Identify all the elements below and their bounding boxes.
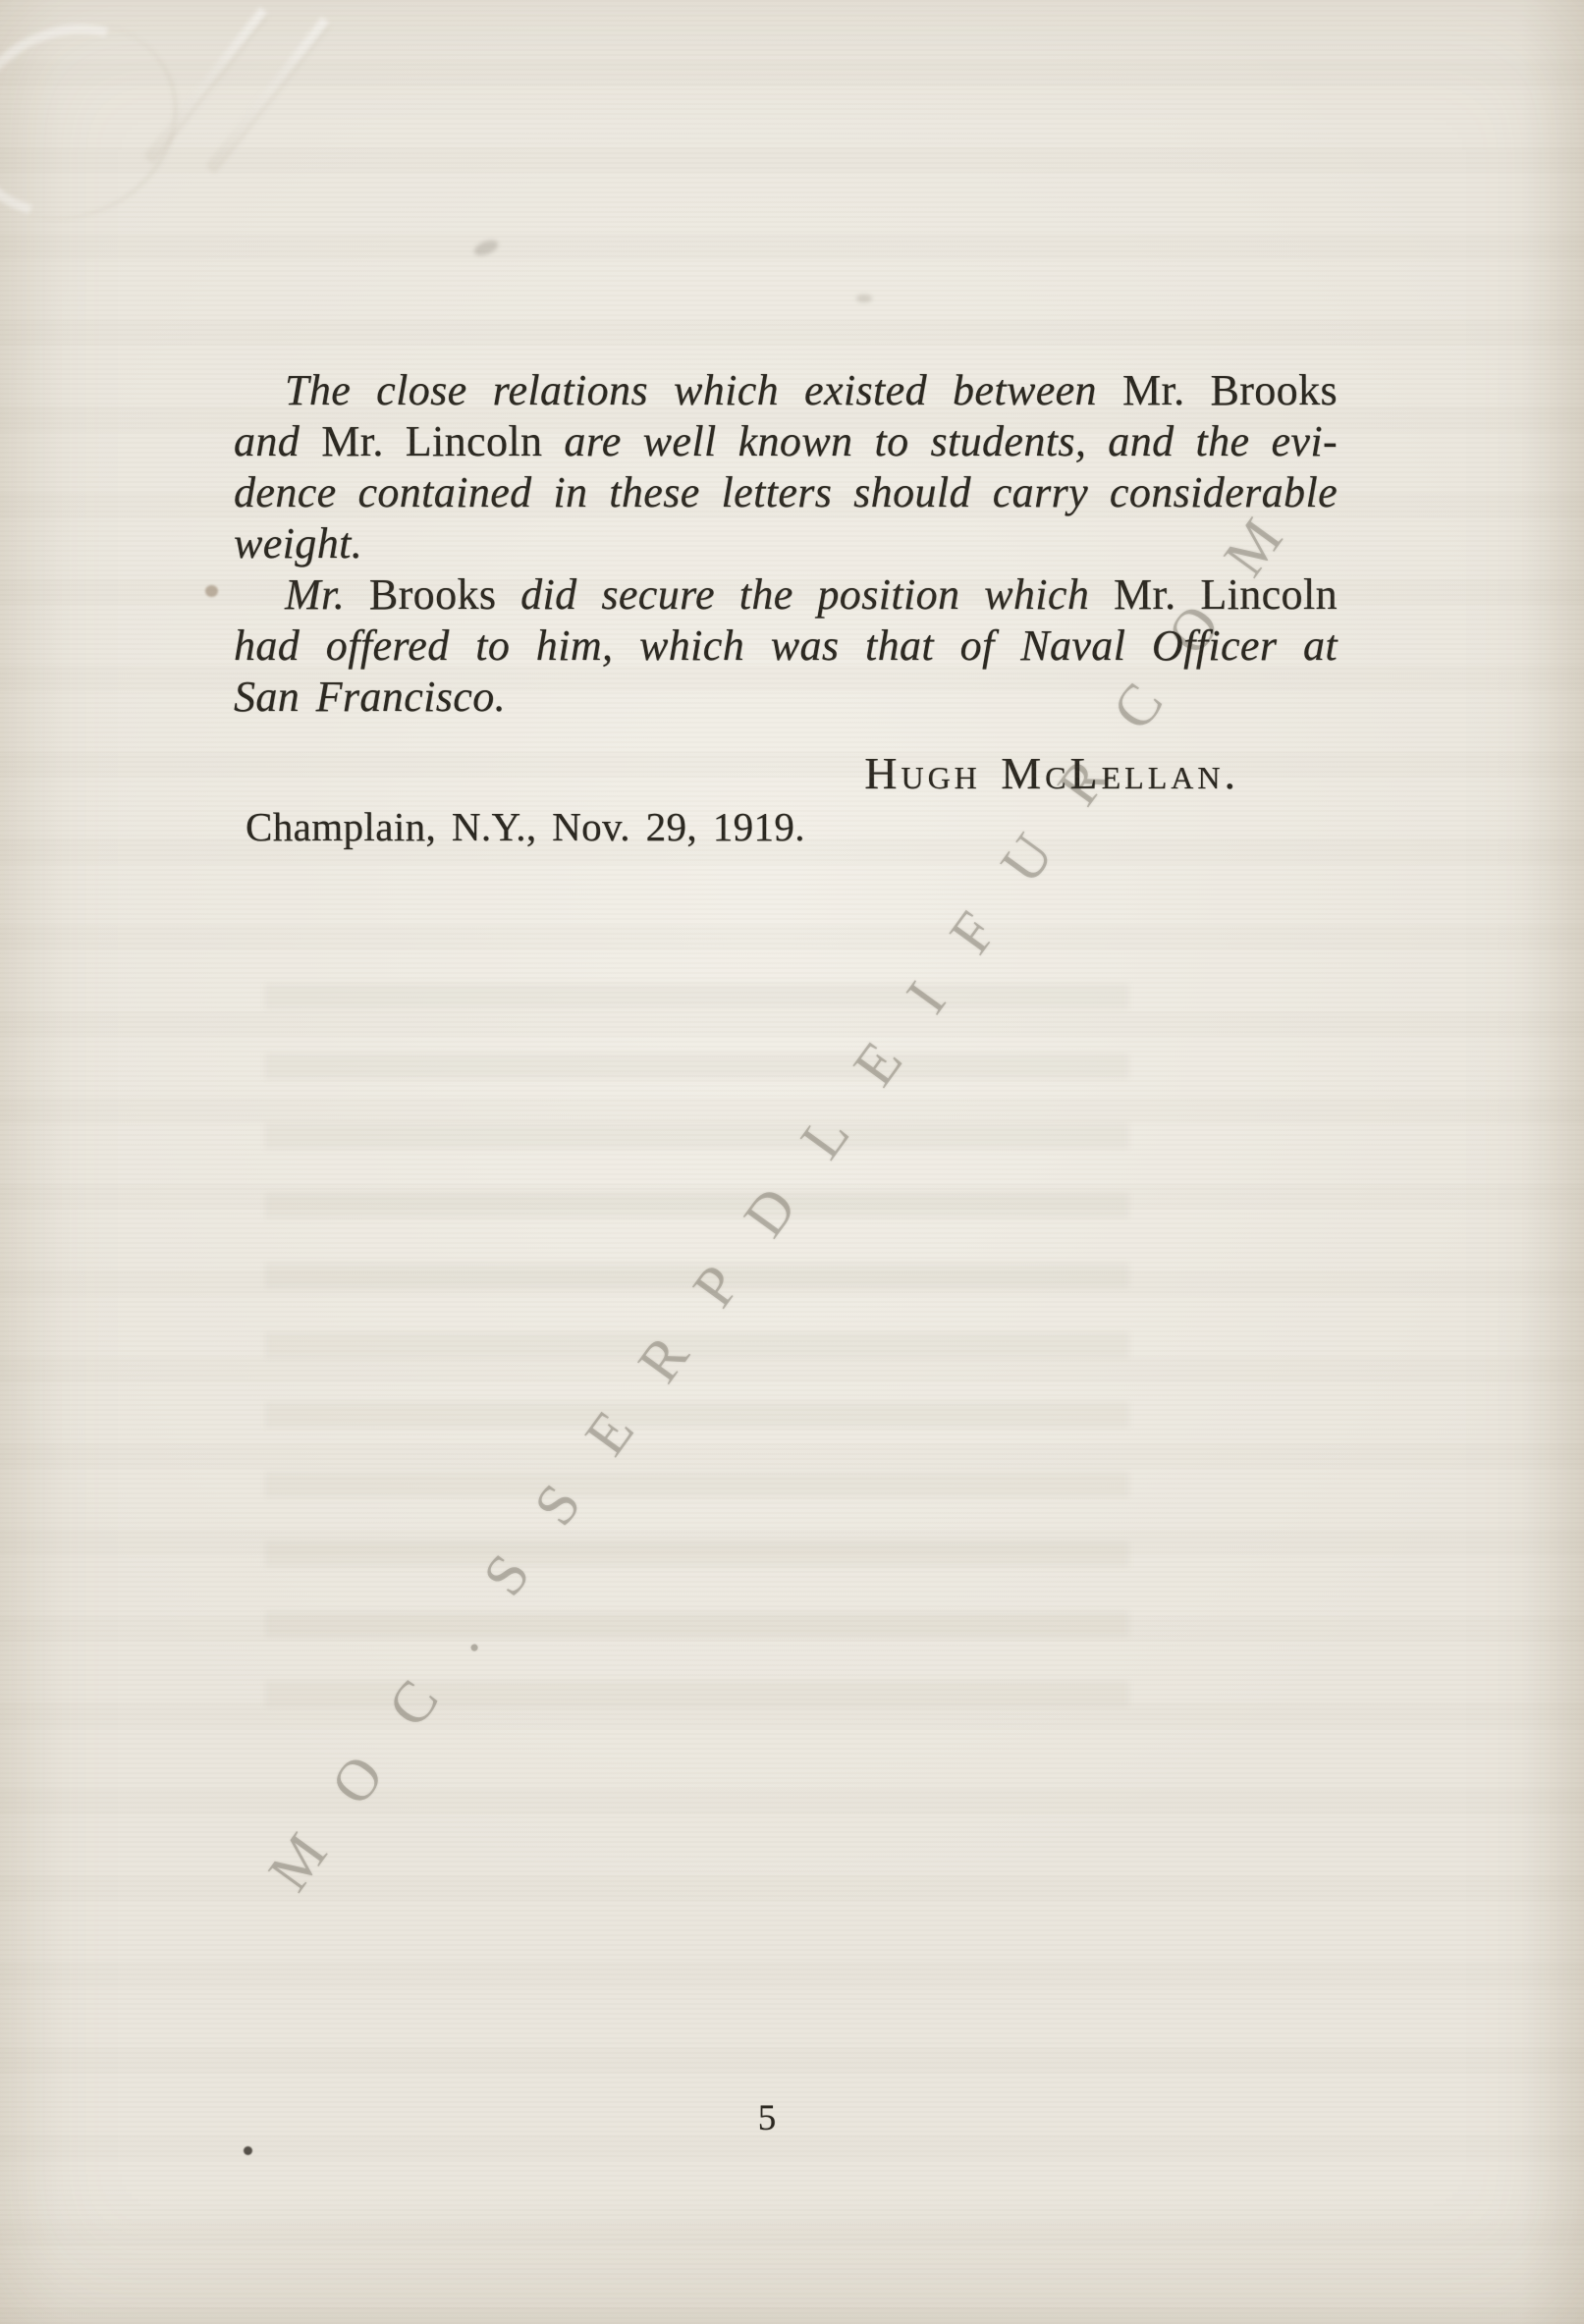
paper-speck [472, 238, 501, 259]
text-line: Mr. Brooks did secure the position which… [234, 569, 1338, 621]
text-segment: Mr. Lincoln [321, 417, 542, 465]
paper-speck [205, 585, 218, 597]
text-segment: at [1277, 622, 1338, 670]
text-line: San Francisco. [234, 672, 1338, 723]
text-line: had offered to him, which was that of Na… [234, 621, 1338, 672]
text-segment: had offered to him, which was that of [234, 622, 1020, 670]
text-segment: San Francisco. [234, 673, 506, 721]
text-line: and Mr. Lincoln are well known to studen… [234, 416, 1338, 467]
scanned-page: MOC.SSERPDLEIFURCOM The close relations … [0, 0, 1584, 2324]
text-segment: Brooks [345, 570, 496, 619]
emboss-mark [0, 0, 208, 254]
text-segment: dence contained in these letters should … [234, 468, 1338, 516]
text-segment: The close relations which existed betwee… [285, 366, 1122, 414]
dateline: Champlain, N.Y., Nov. 29, 1919. [234, 799, 1338, 855]
signature: Hugh McLellan. [234, 748, 1338, 799]
text-line: weight. [234, 518, 1338, 569]
paper-speck [856, 295, 872, 302]
text-segment: weight. [234, 519, 362, 567]
text-segment: did secure the position which [496, 570, 1114, 619]
text-line: dence contained in these letters should … [234, 467, 1338, 518]
text-segment: are well known to students, and the evi- [542, 417, 1338, 465]
paragraphs: The close relations which existed betwee… [234, 365, 1338, 723]
paragraph: The close relations which existed betwee… [234, 365, 1338, 569]
text-segment: Mr. [285, 570, 345, 619]
emboss-mark [145, 7, 268, 160]
text-segment: Mr. Brooks [1122, 366, 1338, 414]
page-number: 5 [743, 2097, 791, 2139]
paper-speck [244, 2146, 252, 2155]
text-segment: Naval Officer [1020, 622, 1277, 670]
emboss-mark [207, 17, 330, 170]
text-segment: Mr. Lincoln [1114, 570, 1338, 619]
paragraph: Mr. Brooks did secure the position which… [234, 569, 1338, 723]
text-segment: and [234, 417, 321, 465]
text-line: The close relations which existed betwee… [234, 365, 1338, 416]
letter-note-text: The close relations which existed betwee… [234, 365, 1338, 855]
